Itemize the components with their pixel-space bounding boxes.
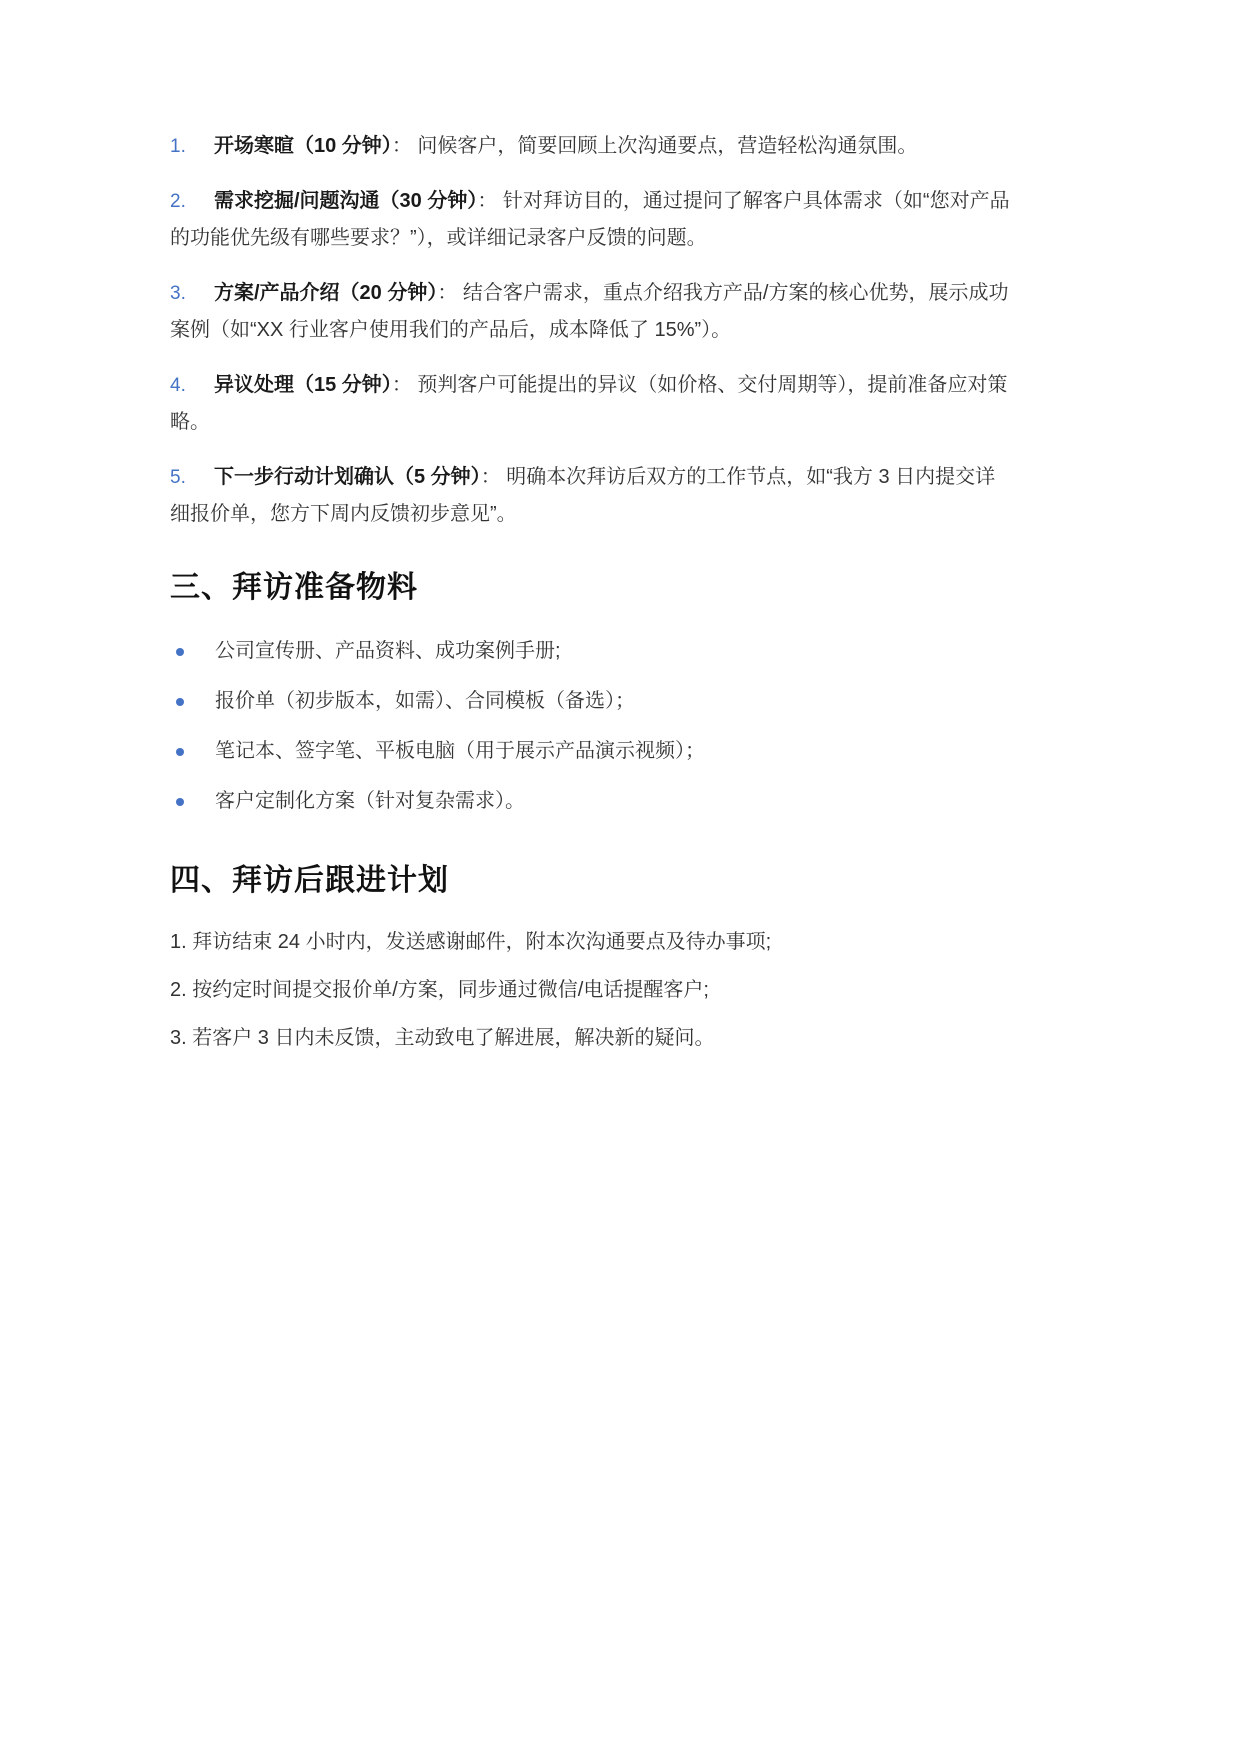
bullet-item-text: 笔记本、签字笔、平板电脑（用于展示产品演示视频）； xyxy=(215,733,705,770)
list-number: 3. xyxy=(170,275,188,312)
agenda-item: 1.开场寒暄（10 分钟）： 问候客户，简要回顾上次沟通要点，营造轻松沟通氛围。 xyxy=(170,128,1015,165)
agenda-item-title: 异议处理（15 分钟） xyxy=(214,374,392,396)
agenda-item-title: 方案/产品介绍（20 分钟） xyxy=(214,282,437,304)
bullet-item: 客户定制化方案（针对复杂需求）。 xyxy=(170,783,1015,820)
agenda-item-title: 需求挖掘/问题沟通（30 分钟） xyxy=(214,190,477,212)
bullet-item-text: 公司宣传册、产品资料、成功案例手册; xyxy=(215,633,561,670)
followup-item: 2. 按约定时间提交报价单/方案，同步通过微信/电话提醒客户; xyxy=(170,972,1015,1009)
list-number: 5. xyxy=(170,459,188,496)
agenda-item: 2.需求挖掘/问题沟通（30 分钟）： 针对拜访目的，通过提问了解客户具体需求（… xyxy=(170,183,1015,257)
followup-item: 3. 若客户 3 日内未反馈，主动致电了解进展，解决新的疑问。 xyxy=(170,1020,1015,1057)
document-page: 1.开场寒暄（10 分钟）： 问候客户，简要回顾上次沟通要点，营造轻松沟通氛围。… xyxy=(170,128,1015,1068)
section-heading-materials: 三、拜访准备物料 xyxy=(170,567,1015,609)
agenda-item: 4.异议处理（15 分钟）： 预判客户可能提出的异议（如价格、交付周期等），提前… xyxy=(170,367,1015,441)
list-number: 4. xyxy=(170,367,188,404)
agenda-item: 3.方案/产品介绍（20 分钟）： 结合客户需求，重点介绍我方产品/方案的核心优… xyxy=(170,275,1015,349)
list-number: 1. xyxy=(170,128,188,165)
bullet-item: 笔记本、签字笔、平板电脑（用于展示产品演示视频）； xyxy=(170,733,1015,770)
bullet-item-text: 客户定制化方案（针对复杂需求）。 xyxy=(215,783,525,820)
agenda-item-text: ： 问候客户，简要回顾上次沟通要点，营造轻松沟通氛围。 xyxy=(392,135,918,157)
agenda-item: 5.下一步行动计划确认（5 分钟）： 明确本次拜访后双方的工作节点，如“我方 3… xyxy=(170,459,1015,533)
bullet-item: 公司宣传册、产品资料、成功案例手册; xyxy=(170,633,1015,670)
agenda-item-title: 下一步行动计划确认（5 分钟） xyxy=(214,466,481,488)
bullet-item: 报价单（初步版本，如需）、合同模板（备选）； xyxy=(170,683,1015,720)
list-number: 2. xyxy=(170,183,188,220)
bullet-item-text: 报价单（初步版本，如需）、合同模板（备选）； xyxy=(215,683,635,720)
section-heading-followup: 四、拜访后跟进计划 xyxy=(170,860,1015,902)
followup-item: 1. 拜访结束 24 小时内，发送感谢邮件，附本次沟通要点及待办事项; xyxy=(170,924,1015,961)
agenda-item-title: 开场寒暄（10 分钟） xyxy=(214,135,392,157)
